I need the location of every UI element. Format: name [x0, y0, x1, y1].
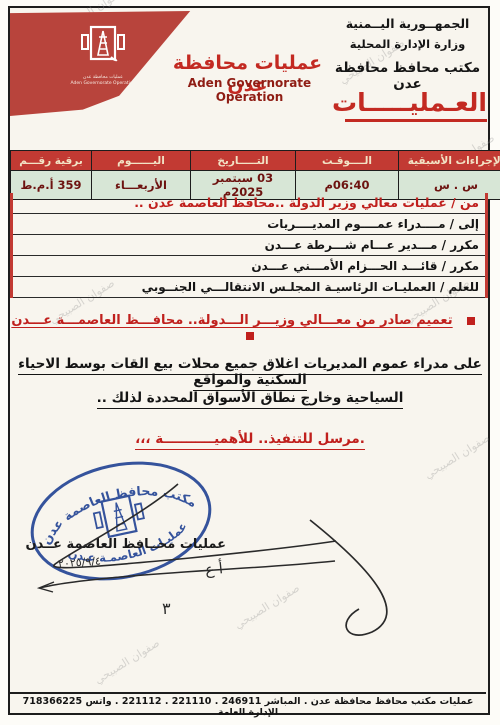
- info-line: للعلم / العمليـات الرئاسيـة المجلـس الان…: [13, 277, 485, 298]
- column-telegram-number: برقية رقـــم: [11, 151, 92, 171]
- footer-contact-line: عمليات مكتب محافظ محافظة عدن . المباشر 2…: [10, 696, 486, 718]
- letterhead-government-block: الجمهــورية اليــمنية وزارة الإدارة المح…: [330, 16, 485, 92]
- ministry-name: وزارة الإدارة المحلية: [330, 37, 485, 51]
- operations-emblem-icon: [75, 23, 131, 71]
- subject-heading: تعميم صادر من معـــالي وزيـــر الـــدولة…: [0, 313, 500, 343]
- column-time: الــــوقـت: [296, 151, 399, 171]
- red-square-bullet-icon: [467, 317, 475, 325]
- stamp-caption-text: عمليات محــافظ العاصمة عــدن: [12, 537, 226, 552]
- body-paragraph-line-2: السياحية وخارج نطاق الأسواق المحددة لذلك…: [0, 390, 500, 406]
- operations-title: العـمليـــــات: [345, 88, 487, 122]
- from-line: من / عمليات معالي وزير الدولة ..محافظ ال…: [13, 193, 485, 214]
- cc-police-line: مكرر / مـــدير عـــام شـــرطة عـــدن: [13, 235, 485, 256]
- scanned-document-page: صفوان الصبيحي صفوان الصبيحي صفوان الصبيح…: [0, 0, 500, 725]
- body-paragraph-line-1: على مدراء عموم المديريات اغلاق جميع محلا…: [0, 356, 500, 388]
- logo-caption-english: Aden Governorate Operation: [68, 81, 138, 87]
- to-line: إلى / مــــدراء عمــــوم المديــــريات: [13, 214, 485, 235]
- column-precedence: الإجراءات الأسبقية: [399, 151, 500, 171]
- handwritten-initials: أ ع: [204, 559, 224, 579]
- info-table-header-row: الإجراءات الأسبقية الــــوقـت التـــــار…: [11, 151, 500, 171]
- governorate-operations-logo: عمليات محافظة عدن Aden Governorate Opera…: [68, 23, 138, 86]
- cc-belt-line: مكرر / قائـــد الحـــزام الأمـــني عـــد…: [13, 256, 485, 277]
- footer-divider-line: [10, 692, 486, 694]
- column-day: اليــــــوم: [92, 151, 191, 171]
- red-square-bullet-icon: [246, 332, 254, 340]
- country-name: الجمهــورية اليــمنية: [330, 16, 485, 31]
- column-date: التـــــاريخ: [191, 151, 296, 171]
- subject-text: تعميم صادر من معـــالي وزيـــر الـــدولة…: [11, 313, 452, 328]
- organization-name-english: Aden Governorate Operation: [152, 76, 347, 104]
- dispatch-note: .مرسل للتنفيذ.. للأهميـــــــــــة ،،،: [0, 431, 500, 447]
- recipients-box: من / عمليات معالي وزير الدولة ..محافظ ال…: [10, 193, 488, 298]
